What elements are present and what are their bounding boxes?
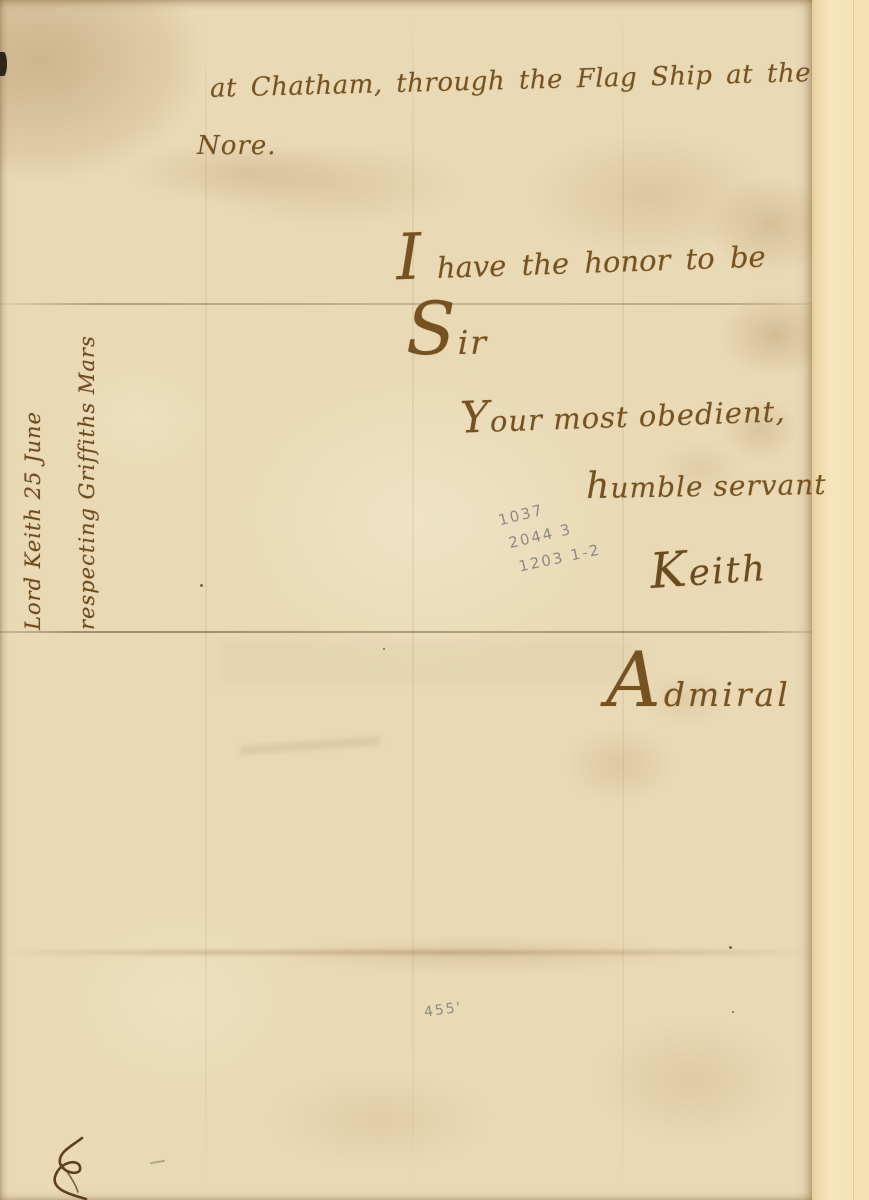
- docket-line-1: Lord Keith 25 June: [6, 295, 60, 630]
- letter-body-line-2: Nore.: [197, 131, 276, 161]
- backing-page: [810, 0, 869, 1200]
- margin-docket: Lord Keith 25 June respecting Griffiths …: [6, 295, 118, 630]
- horizontal-fold-line: [0, 631, 812, 633]
- letter-scan: at Chatham, through the Flag Ship at the…: [0, 0, 869, 1200]
- pencil-archive-number-1: 1037: [497, 501, 546, 530]
- signature-rank: Admiral: [606, 636, 791, 724]
- letter-body-line-1: at Chatham, through the Flag Ship at the: [210, 58, 812, 104]
- vertical-crease: [622, 0, 624, 1200]
- ink-flourish-mark: [36, 1136, 106, 1200]
- vertical-crease: [412, 0, 414, 1200]
- docket-line-2: respecting Griffiths Mars: [60, 295, 114, 630]
- ink-smudge: [240, 736, 380, 755]
- ink-speck: [200, 584, 203, 587]
- torn-edge-notch: [0, 52, 7, 76]
- ink-speck: [732, 1011, 734, 1013]
- pencil-dash-mark: [150, 1160, 165, 1165]
- horizontal-fold-line: [0, 950, 812, 955]
- pencil-page-number: 455': [423, 999, 463, 1020]
- signature-keith: Keith: [648, 536, 768, 600]
- ink-showthrough: [220, 640, 640, 682]
- closing-line-honor: I have the honor to be: [395, 209, 767, 296]
- backing-page-edge: [853, 0, 854, 1200]
- ink-speck: [383, 648, 385, 650]
- margin-docket-rotated: Lord Keith 25 June respecting Griffiths …: [6, 295, 118, 630]
- ink-speck: [729, 946, 732, 949]
- closing-line-obedient: Your most obedient,: [459, 382, 786, 443]
- vertical-crease: [205, 0, 207, 1200]
- letter-page: at Chatham, through the Flag Ship at the…: [0, 0, 812, 1200]
- closing-line-sir: Sir: [406, 288, 488, 372]
- closing-line-humble-servant: humble servant: [586, 460, 827, 507]
